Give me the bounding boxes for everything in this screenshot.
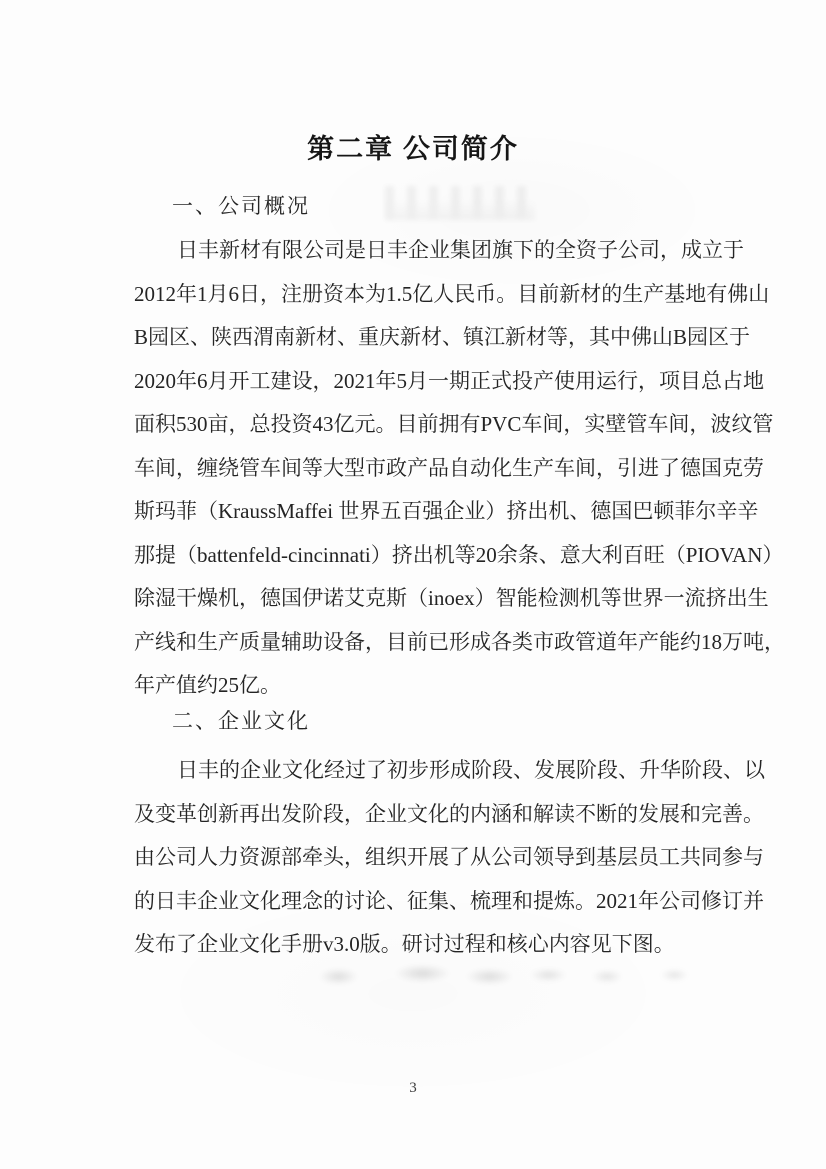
text-line: 产线和生产质量辅助设备，目前已形成各类市政管道年产能约18万吨，: [134, 621, 714, 665]
text-line: 日丰新材有限公司是日丰企业集团旗下的全资子公司，成立于: [134, 229, 714, 273]
text-line: 除湿干燥机，德国伊诺艾克斯（inoex）智能检测机等世界一流挤出生: [134, 577, 714, 621]
text-line: B园区、陕西渭南新材、重庆新材、镇江新材等，其中佛山B园区于: [134, 316, 714, 360]
paragraph-company-overview: 日丰新材有限公司是日丰企业集团旗下的全资子公司，成立于 2012年1月6日，注册…: [134, 229, 714, 708]
section-heading-corporate-culture: 二、企业文化: [172, 711, 310, 732]
chapter-title: 第二章 公司简介: [0, 133, 826, 165]
text-line: 日丰的企业文化经过了初步形成阶段、发展阶段、升华阶段、以: [134, 749, 714, 793]
text-line: 的日丰企业文化理念的讨论、征集、梳理和提炼。2021年公司修订并: [134, 880, 714, 924]
text-line: 及变革创新再出发阶段，企业文化的内涵和解读不断的发展和完善。: [134, 793, 714, 837]
text-line: 车间，缠绕管车间等大型市政产品自动化生产车间，引进了德国克劳: [134, 447, 714, 491]
text-line: 发布了企业文化手册v3.0版。研讨过程和核心内容见下图。: [134, 923, 714, 967]
scan-bleedthrough-mark-top: [385, 186, 535, 220]
text-line: 由公司人力资源部牵头，组织开展了从公司领导到基层员工共同参与: [134, 836, 714, 880]
paragraph-corporate-culture: 日丰的企业文化经过了初步形成阶段、发展阶段、升华阶段、以 及变革创新再出发阶段，…: [134, 749, 714, 967]
text-line: 2020年6月开工建设，2021年5月一期正式投产使用运行，项目总占地: [134, 360, 714, 404]
text-line: 2012年1月6日，注册资本为1.5亿人民币。目前新材的生产基地有佛山: [134, 273, 714, 317]
scanned-document-page: 第二章 公司简介 一、公司概况 日丰新材有限公司是日丰企业集团旗下的全资子公司，…: [0, 0, 826, 1169]
text-line: 那提（battenfeld-cincinnati）挤出机等20余条、意大利百旺（…: [134, 534, 714, 578]
section-heading-company-overview: 一、公司概况: [172, 196, 310, 217]
text-line: 年产值约25亿。: [134, 664, 714, 708]
page-number: 3: [0, 1080, 826, 1097]
text-line: 斯玛菲（KraussMaffei 世界五百强企业）挤出机、德国巴顿菲尔辛辛: [134, 490, 714, 534]
text-line: 面积530亩，总投资43亿元。目前拥有PVC车间，实壁管车间，波纹管: [134, 403, 714, 447]
